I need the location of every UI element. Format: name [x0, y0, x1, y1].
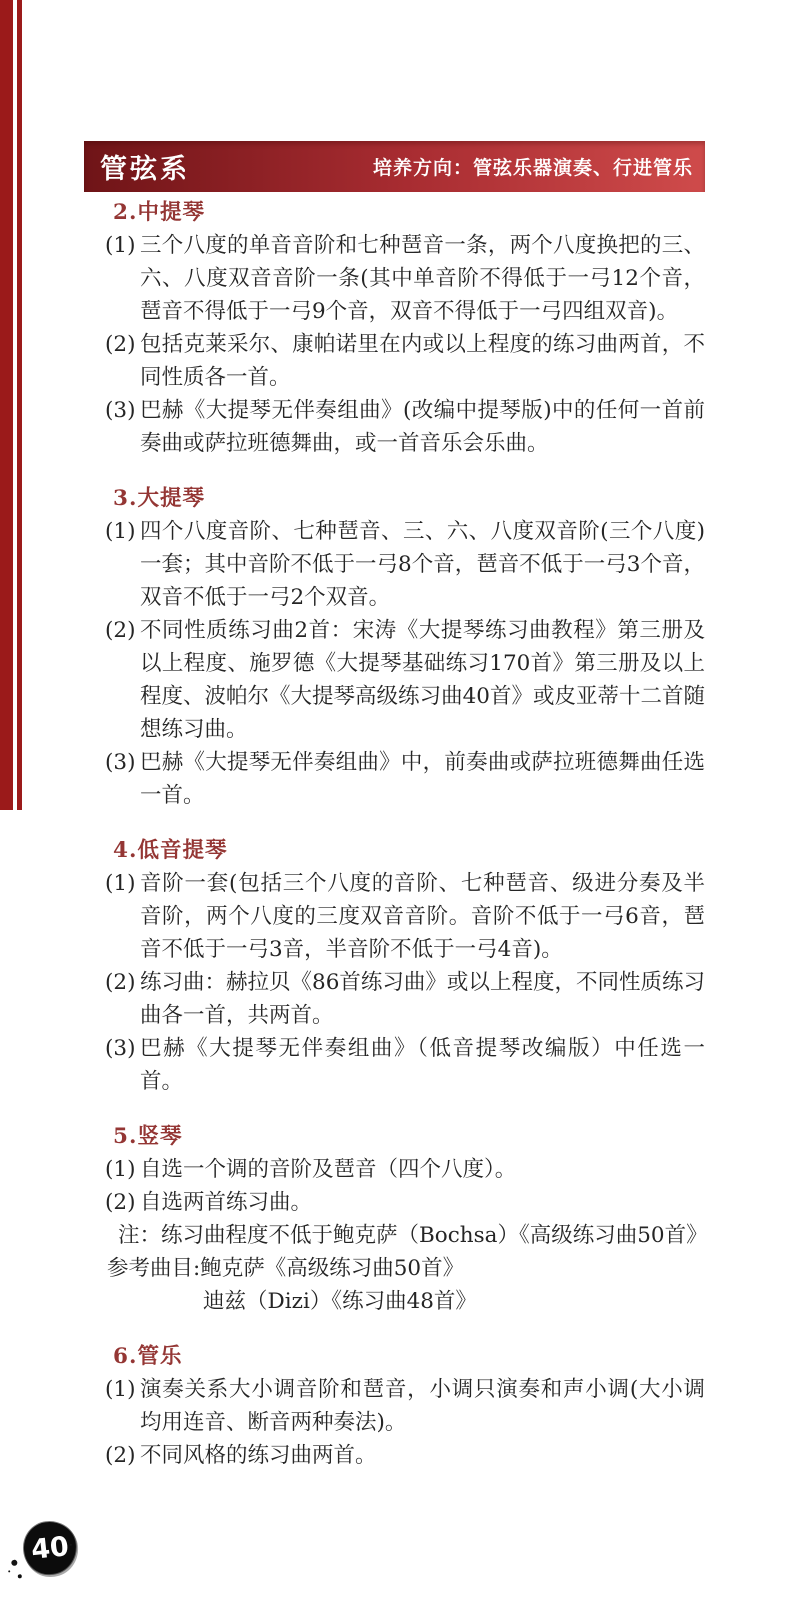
item-marker: (1): [105, 515, 140, 548]
item-marker: (3): [105, 394, 140, 427]
requirement-item: (2)不同性质练习曲2首：宋涛《大提琴练习曲教程》第三册及以上程度、施罗德《大提…: [105, 614, 705, 746]
item-marker: (1): [105, 867, 140, 900]
item-text: 巴赫《大提琴无伴奏组曲》中，前奏曲或萨拉班德舞曲任选一首。: [140, 746, 705, 812]
section: 6.管乐(1)演奏关系大小调音阶和琶音，小调只演奏和声小调(大小调均用连音、断音…: [105, 1340, 705, 1472]
department-header: 管弦系 培养方向：管弦乐器演奏、行进管乐: [84, 141, 705, 192]
item-marker: (3): [105, 1032, 140, 1065]
item-marker: (2): [105, 328, 140, 361]
training-direction-label: 培养方向：管弦乐器演奏、行进管乐: [373, 153, 693, 180]
requirement-item: (1)四个八度音阶、七种琶音、三、六、八度双音阶(三个八度)一套；其中音阶不低于…: [105, 515, 705, 614]
item-marker: (1): [105, 229, 140, 262]
item-text: 巴赫《大提琴无伴奏组曲》(改编中提琴版)中的任何一首前奏曲或萨拉班德舞曲，或一首…: [140, 394, 705, 460]
item-text: 四个八度音阶、七种琶音、三、六、八度双音阶(三个八度)一套；其中音阶不低于一弓8…: [140, 515, 705, 614]
section-heading: 3.大提琴: [105, 482, 705, 515]
item-text: 包括克莱采尔、康帕诺里在内或以上程度的练习曲两首，不同性质各一首。: [140, 328, 705, 394]
note-line: 迪兹（Dizi）《练习曲48首》: [105, 1285, 705, 1318]
item-marker: (3): [105, 746, 140, 779]
requirement-item: (2)包括克莱采尔、康帕诺里在内或以上程度的练习曲两首，不同性质各一首。: [105, 328, 705, 394]
section: 5.竖琴(1)自选一个调的音阶及琶音（四个八度）。(2)自选两首练习曲。注：练习…: [105, 1120, 705, 1318]
item-marker: (2): [105, 1439, 140, 1472]
item-text: 不同性质练习曲2首：宋涛《大提琴练习曲教程》第三册及以上程度、施罗德《大提琴基础…: [140, 614, 705, 746]
department-title: 管弦系: [100, 147, 190, 186]
left-accent-bar-thick: [0, 0, 13, 810]
requirement-item: (1)三个八度的单音音阶和七种琶音一条，两个八度换把的三、六、八度双音音阶一条(…: [105, 229, 705, 328]
note-line: 参考曲目:鲍克萨《高级练习曲50首》: [105, 1252, 705, 1285]
item-text: 练习曲：赫拉贝《86首练习曲》或以上程度，不同性质练习曲各一首，共两首。: [140, 966, 705, 1032]
item-marker: (2): [105, 966, 140, 999]
content: 2.中提琴(1)三个八度的单音音阶和七种琶音一条，两个八度换把的三、六、八度双音…: [105, 196, 705, 1472]
section-heading: 6.管乐: [105, 1340, 705, 1373]
requirement-item: (3)巴赫《大提琴无伴奏组曲》中，前奏曲或萨拉班德舞曲任选一首。: [105, 746, 705, 812]
section: 3.大提琴(1)四个八度音阶、七种琶音、三、六、八度双音阶(三个八度)一套；其中…: [105, 482, 705, 812]
requirement-item: (1)演奏关系大小调音阶和琶音，小调只演奏和声小调(大小调均用连音、断音两种奏法…: [105, 1373, 705, 1439]
item-text: 自选两首练习曲。: [140, 1186, 705, 1219]
document-page: 管弦系 培养方向：管弦乐器演奏、行进管乐 2.中提琴(1)三个八度的单音音阶和七…: [0, 0, 800, 1600]
item-marker: (1): [105, 1373, 140, 1406]
item-marker: (1): [105, 1153, 140, 1186]
page-number-badge: 40: [21, 1519, 78, 1576]
item-text: 演奏关系大小调音阶和琶音，小调只演奏和声小调(大小调均用连音、断音两种奏法)。: [140, 1373, 705, 1439]
item-marker: (2): [105, 614, 140, 647]
item-text: 自选一个调的音阶及琶音（四个八度）。: [140, 1153, 705, 1186]
note-line: 注：练习曲程度不低于鲍克萨（Bochsa）《高级练习曲50首》: [105, 1219, 705, 1252]
section-heading: 5.竖琴: [105, 1120, 705, 1153]
section-heading: 2.中提琴: [105, 196, 705, 229]
section: 4.低音提琴(1)音阶一套(包括三个八度的音阶、七种琶音、级进分奏及半音阶，两个…: [105, 834, 705, 1098]
requirement-item: (2)自选两首练习曲。: [105, 1186, 705, 1219]
item-text: 巴赫《大提琴无伴奏组曲》（低音提琴改编版）中任选一首。: [140, 1032, 705, 1098]
requirement-item: (3)巴赫《大提琴无伴奏组曲》（低音提琴改编版）中任选一首。: [105, 1032, 705, 1098]
page-number: 40: [30, 1531, 71, 1566]
item-text: 不同风格的练习曲两首。: [140, 1439, 705, 1472]
left-accent-bar-thin: [17, 0, 22, 810]
requirement-item: (1)音阶一套(包括三个八度的音阶、七种琶音、级进分奏及半音阶，两个八度的三度双…: [105, 867, 705, 966]
requirement-item: (1)自选一个调的音阶及琶音（四个八度）。: [105, 1153, 705, 1186]
item-text: 音阶一套(包括三个八度的音阶、七种琶音、级进分奏及半音阶，两个八度的三度双音音阶…: [140, 867, 705, 966]
section: 2.中提琴(1)三个八度的单音音阶和七种琶音一条，两个八度换把的三、六、八度双音…: [105, 196, 705, 460]
requirement-item: (2)不同风格的练习曲两首。: [105, 1439, 705, 1472]
item-marker: (2): [105, 1186, 140, 1219]
section-heading: 4.低音提琴: [105, 834, 705, 867]
requirement-item: (3)巴赫《大提琴无伴奏组曲》(改编中提琴版)中的任何一首前奏曲或萨拉班德舞曲，…: [105, 394, 705, 460]
requirement-item: (2)练习曲：赫拉贝《86首练习曲》或以上程度，不同性质练习曲各一首，共两首。: [105, 966, 705, 1032]
item-text: 三个八度的单音音阶和七种琶音一条，两个八度换把的三、六、八度双音音阶一条(其中单…: [140, 229, 705, 328]
